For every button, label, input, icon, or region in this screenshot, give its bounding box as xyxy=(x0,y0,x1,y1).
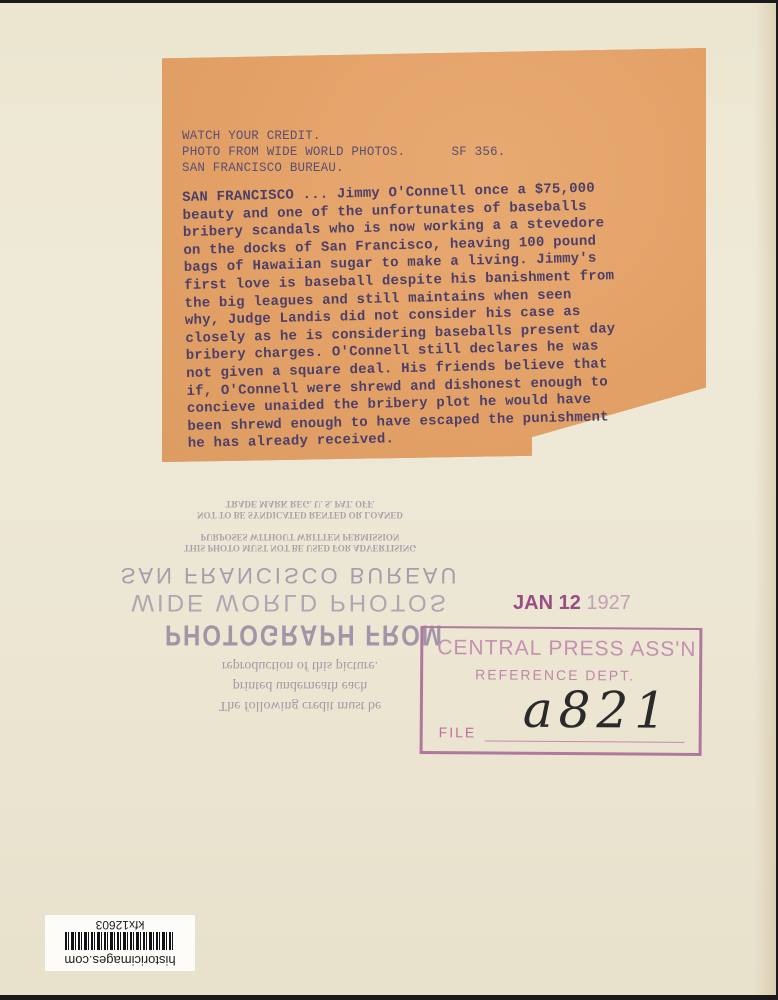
date-year: 1927 xyxy=(586,592,631,614)
mirrored-bureau-stamp: SAN FRANCISCO BUREAU xyxy=(120,562,460,588)
file-underline xyxy=(485,740,685,742)
barcode-site: historicimages.com xyxy=(45,953,195,968)
date-month: JAN xyxy=(513,592,553,614)
date-day: 12 xyxy=(559,592,581,614)
barcode-sticker: kfx12603 historicimages.com xyxy=(45,915,195,971)
file-label: FILE xyxy=(439,724,477,740)
handwritten-file-number: a821 xyxy=(523,681,673,740)
date-stamp: JAN 12 1927 xyxy=(513,592,631,615)
caption-header: WATCH YOUR CREDIT. PHOTO FROM WIDE WORLD… xyxy=(182,128,505,176)
barcode-id: kfx12603 xyxy=(45,918,195,932)
mirrored-usage-notice: THIS PHOTO MUST NOT BE USED FOR ADVERTIS… xyxy=(150,498,450,553)
barcode-icon xyxy=(65,932,175,950)
reference-stamp-title: CENTRAL PRESS ASS'N xyxy=(437,636,696,662)
mirrored-photograph-from-stamp: PHOTOGRAPH FROM xyxy=(165,617,425,651)
reference-dept-stamp: CENTRAL PRESS ASS'N REFERENCE DEPT. a821… xyxy=(420,626,703,756)
caption-body: SAN FRANCISCO ... Jimmy O'Connell once a… xyxy=(182,180,618,454)
mirrored-agency-stamp: WIDE WORLD PHOTOS xyxy=(120,588,460,616)
mirrored-credit-notice: The following credit must be printed und… xyxy=(165,655,435,715)
